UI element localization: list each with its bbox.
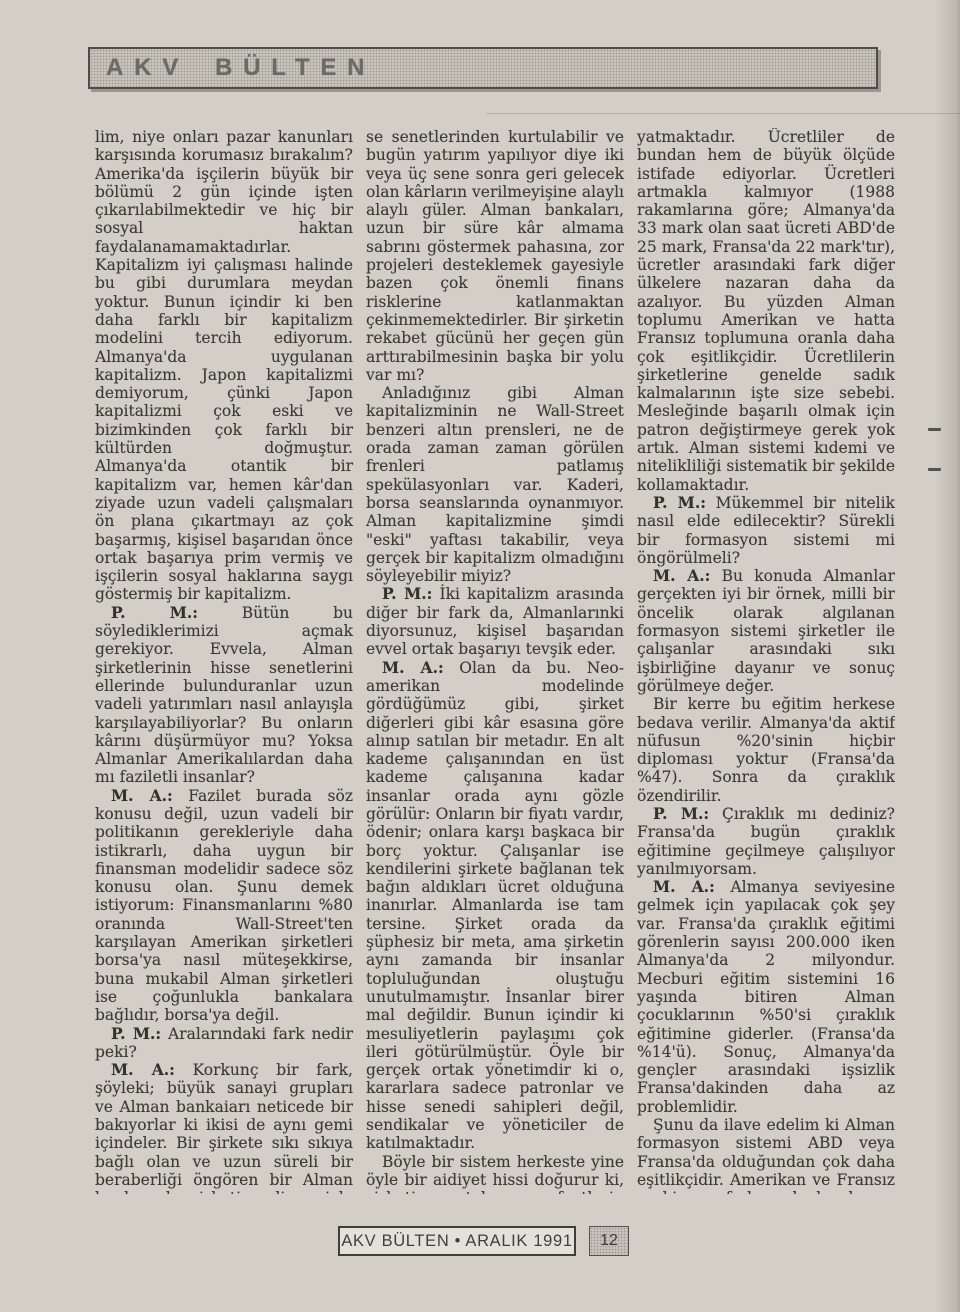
masthead-bar: AKV BÜLTEN bbox=[88, 47, 878, 89]
paragraph-text: Olan da bu. Neo-amerikan modelinde gördü… bbox=[366, 659, 624, 1153]
paragraph: se senetlerinden kurtulabilir ve bugün y… bbox=[366, 128, 624, 384]
paragraph-text: Almanya seviyesine gelmek için yapılacak… bbox=[637, 878, 895, 1116]
footer-journal-text: AKV BÜLTEN • ARALIK 1991 bbox=[341, 1232, 572, 1251]
paragraph-text: lim, niye onları pazar kanunları karşısı… bbox=[95, 128, 353, 603]
paragraph: P. M.: Bütün bu söylediklerimizi açmak g… bbox=[95, 604, 353, 787]
paragraph: P. M.: Çıraklık mı dediniz? Fransa'da bu… bbox=[637, 805, 895, 878]
paragraph: M. A.: Fazilet burada söz konusu değil, … bbox=[95, 787, 353, 1025]
speaker-label: M. A.: bbox=[653, 566, 710, 585]
scan-mark bbox=[928, 428, 941, 431]
paragraph: M. A.: Olan da bu. Neo-amerikan modelind… bbox=[366, 659, 624, 1153]
speaker-label: P. M.: bbox=[111, 1024, 161, 1043]
paragraph: P. M.: Aralarındaki fark nedir peki? bbox=[95, 1025, 353, 1062]
paragraph: M. A.: Korkunç bir fark, şöyleki; büyük … bbox=[95, 1061, 353, 1194]
article-body: lim, niye onları pazar kanunları karşısı… bbox=[95, 128, 895, 1194]
paragraph: Anladığınız gibi Alman kapitalizminin ne… bbox=[366, 384, 624, 585]
paragraph: Şunu da ilave edelim ki Alman formasyon … bbox=[637, 1116, 895, 1194]
paragraph: lim, niye onları pazar kanunları karşısı… bbox=[95, 128, 353, 604]
paragraph-text: Bir kerre bu eğitim herkese bedava veril… bbox=[637, 695, 895, 804]
paragraph-text: Korkunç bir fark, şöyleki; büyük sanayi … bbox=[95, 1061, 353, 1194]
text-column-1: lim, niye onları pazar kanunları karşısı… bbox=[95, 128, 353, 1194]
text-column-2: se senetlerinden kurtulabilir ve bugün y… bbox=[366, 128, 624, 1194]
paragraph: P. M.: Mükemmel bir nitelik nasıl elde e… bbox=[637, 494, 895, 567]
paragraph: M. A.: Almanya seviyesine gelmek için ya… bbox=[637, 878, 895, 1116]
paragraph-text: Bu konuda Almanlar gerçekten iyi bir örn… bbox=[637, 567, 895, 695]
footer-journal-box: AKV BÜLTEN • ARALIK 1991 bbox=[338, 1226, 576, 1256]
paragraph-text: se senetlerinden kurtulabilir ve bugün y… bbox=[366, 128, 624, 384]
scan-fold-line bbox=[486, 113, 960, 114]
scan-mark bbox=[928, 468, 941, 471]
page-number-box: 12 bbox=[589, 1226, 629, 1256]
paragraph-text: Şunu da ilave edelim ki Alman formasyon … bbox=[637, 1116, 895, 1194]
paragraph-text: Anladığınız gibi Alman kapitalizminin ne… bbox=[366, 384, 624, 585]
speaker-label: P. M.: bbox=[653, 493, 706, 512]
speaker-label: P. M.: bbox=[111, 603, 198, 622]
scanned-bulletin-page: AKV BÜLTEN lim, niye onları pazar kanunl… bbox=[0, 0, 960, 1312]
speaker-label: M. A.: bbox=[382, 658, 444, 677]
page-number: 12 bbox=[600, 1232, 618, 1250]
speaker-label: P. M.: bbox=[653, 804, 709, 823]
paragraph-text: yatmaktadır. Ücretliler de bundan hem de… bbox=[637, 128, 895, 494]
paragraph-text: Bütün bu söylediklerimizi açmak gerekiyo… bbox=[95, 604, 353, 787]
page-title: AKV BÜLTEN bbox=[90, 54, 375, 82]
paragraph: P. M.: İki kapitalizm arasında diğer bir… bbox=[366, 585, 624, 658]
speaker-label: M. A.: bbox=[111, 1060, 175, 1079]
speaker-label: M. A.: bbox=[653, 877, 715, 896]
paragraph: Bir kerre bu eğitim herkese bedava veril… bbox=[637, 695, 895, 805]
speaker-label: P. M.: bbox=[382, 584, 432, 603]
paragraph: M. A.: Bu konuda Almanlar gerçekten iyi … bbox=[637, 567, 895, 695]
speaker-label: M. A.: bbox=[111, 786, 173, 805]
page-footer: AKV BÜLTEN • ARALIK 1991 12 bbox=[338, 1226, 629, 1256]
paragraph-text: Fazilet burada söz konusu değil, uzun va… bbox=[95, 787, 353, 1025]
text-column-3: yatmaktadır. Ücretliler de bundan hem de… bbox=[637, 128, 895, 1194]
paragraph-text: Böyle bir sistem herkeste yine öyle bir … bbox=[366, 1153, 624, 1194]
paragraph: Böyle bir sistem herkeste yine öyle bir … bbox=[366, 1153, 624, 1194]
paragraph: yatmaktadır. Ücretliler de bundan hem de… bbox=[637, 128, 895, 494]
